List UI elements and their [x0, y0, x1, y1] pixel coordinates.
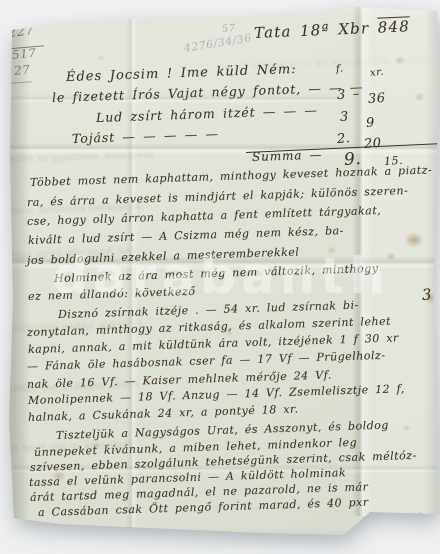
pencil-note-27: 27	[13, 63, 30, 78]
dateline-year: 848	[377, 17, 410, 36]
account-row-forint: 3 –	[336, 86, 360, 103]
account-row-krajcar: 9	[365, 115, 375, 131]
pencil-note-50: 50	[25, 6, 40, 19]
age-spot	[96, 54, 106, 62]
letter-line: Holminek az ára most még nem változik, m…	[54, 262, 379, 285]
letter-line: ez nem állandó: következő	[28, 285, 196, 303]
bottom-pencil-mark: .ö	[414, 512, 422, 521]
salutation: Édes Jocsim ! Ime küld Ném:	[66, 62, 297, 85]
pencil-note-227: 227	[7, 23, 35, 41]
violet-number-note: 4276/34/36	[183, 31, 253, 55]
account-row-krajcar: 36	[367, 91, 386, 107]
column-header-krajcar: xr.	[369, 67, 384, 79]
dateline-place: Tata 18ª Xbr	[254, 19, 370, 42]
bleedthrough-text: zonytalan, minthogy az ritkaság, és alka…	[4, 149, 154, 165]
margin-page-number: 3	[421, 285, 433, 304]
account-row-item: Lud zsírt három itzét — — —	[96, 102, 318, 125]
photo-of-letter: zonytalan, minthogy az ritkaság, és alka…	[0, 0, 440, 554]
paper-shadow: zonytalan, minthogy az ritkaság, és alka…	[0, 0, 440, 554]
summa-label: Summa —	[252, 148, 323, 164]
letter-paper: zonytalan, minthogy az ritkaság, és alka…	[0, 0, 440, 554]
account-row-forint: 3	[339, 109, 349, 125]
ink-speck	[36, 531, 39, 534]
pencil-note-517: 517	[11, 46, 37, 62]
ink-speck	[303, 12, 307, 14]
letter-line: kivált a lud zsírt — A Csizma még nem ké…	[28, 224, 344, 247]
account-row-item: Tojást — — — — —	[72, 126, 219, 146]
column-header-forint: f.	[335, 63, 344, 75]
age-spot	[326, 246, 337, 255]
pencil-underline	[10, 81, 32, 84]
account-row-krajcar: 20	[363, 136, 382, 152]
account-row-forint: 2.	[336, 131, 350, 147]
